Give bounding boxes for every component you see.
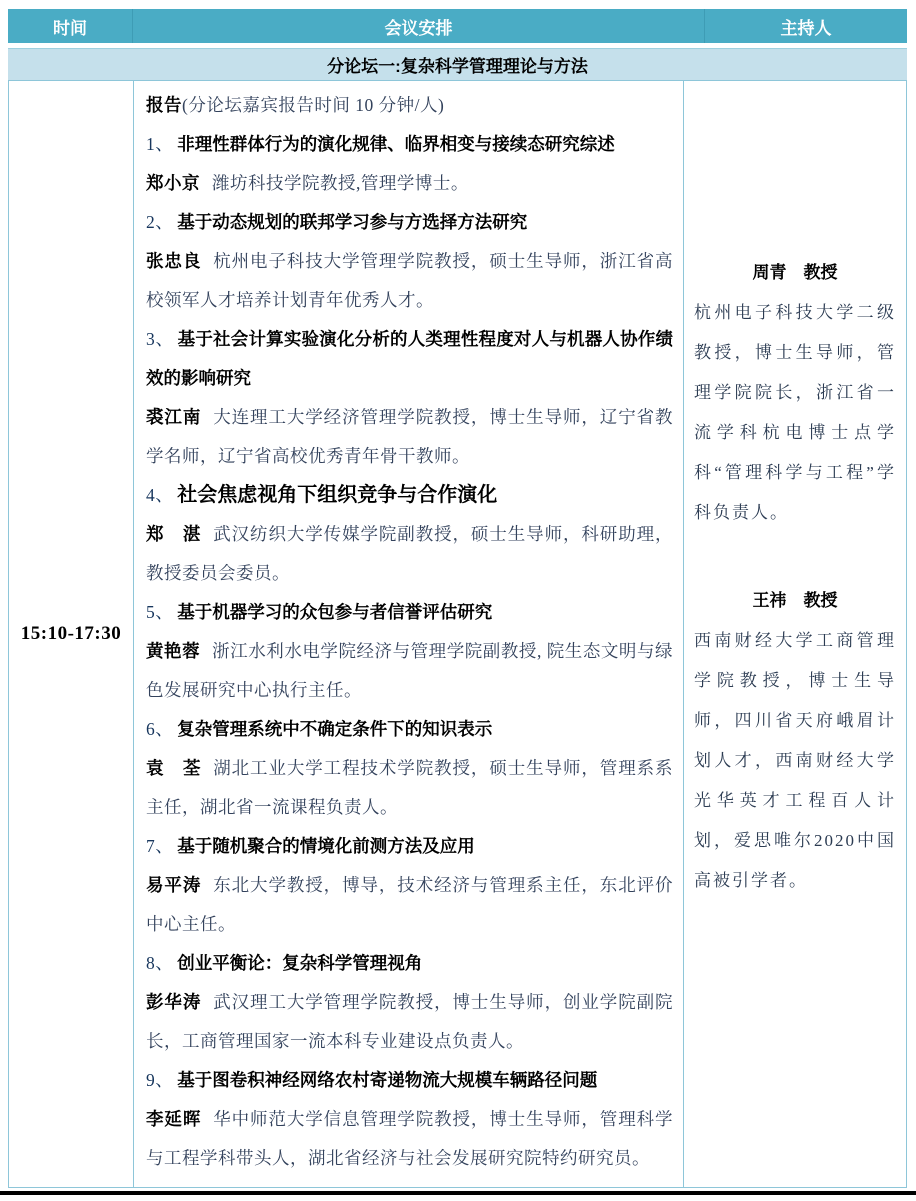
speaker-name: 裘江南 xyxy=(146,407,201,427)
report-title: 复杂管理系统中不确定条件下的知识表示 xyxy=(177,719,492,739)
report-number: 6、 xyxy=(146,719,173,739)
page-bottom-rule xyxy=(0,1191,916,1195)
report-number: 2、 xyxy=(146,212,173,232)
report-item-5: 5、基于机器学习的众包参与者信誉评估研究 黄艳蓉浙江水利水电学院经济与管理学院副… xyxy=(146,593,673,710)
report-number: 9、 xyxy=(146,1070,173,1090)
host-cell: 周青 教授 杭州电子科技大学二级教授，博士生导师，管理学院院长，浙江省一流学科杭… xyxy=(683,81,906,1187)
report-number: 1、 xyxy=(146,134,173,154)
speaker-name: 郑小京 xyxy=(146,173,200,193)
speaker-bio: 华中师范大学信息管理学院教授，博士生导师，管理科学与工程学科带头人，湖北省经济与… xyxy=(146,1109,673,1168)
time-slot: 15:10-17:30 xyxy=(21,623,121,645)
report-title: 非理性群体行为的演化规律、临界相变与接续态研究综述 xyxy=(177,134,615,154)
agenda-cell: 报告(分论坛嘉宾报告时间 10 分钟/人) 1、非理性群体行为的演化规律、临界相… xyxy=(134,81,683,1187)
report-title: 基于动态规划的联邦学习参与方选择方法研究 xyxy=(177,212,527,232)
report-number: 8、 xyxy=(146,953,173,973)
report-note-detail: (分论坛嘉宾报告时间 10 分钟/人) xyxy=(182,95,444,115)
report-title: 社会焦虑视角下组织竞争与合作演化 xyxy=(177,484,497,506)
report-note: 报告(分论坛嘉宾报告时间 10 分钟/人) xyxy=(146,86,673,125)
table-header-row: 时间 会议安排 主持人 xyxy=(8,9,907,43)
report-item-7: 7、基于随机聚合的情境化前测方法及应用 易平涛东北大学教授，博导，技术经济与管理… xyxy=(146,827,673,944)
speaker-bio: 杭州电子科技大学管理学院教授，硕士生导师，浙江省高校领军人才培养计划青年优秀人才… xyxy=(146,251,673,310)
session-title: 分论坛一:复杂科学管理理论与方法 xyxy=(327,52,588,77)
speaker-bio: 浙江水利水电学院经济与管理学院副教授, 院生态文明与绿色发展研究中心执行主任。 xyxy=(146,641,673,700)
conference-schedule-table: 时间 会议安排 主持人 分论坛一:复杂科学管理理论与方法 15:10-17:30… xyxy=(8,9,907,1188)
speaker-name: 易平涛 xyxy=(146,875,201,895)
host-block-1: 周青 教授 杭州电子科技大学二级教授，博士生导师，管理学院院长，浙江省一流学科杭… xyxy=(694,253,896,533)
speaker-bio: 湖北工业大学工程技术学院教授，硕士生导师，管理系系主任，湖北省一流课程负责人。 xyxy=(146,758,673,817)
report-item-8: 8、创业平衡论：复杂科学管理视角 彭华涛武汉理工大学管理学院教授，博士生导师，创… xyxy=(146,944,673,1061)
report-number: 7、 xyxy=(146,836,173,856)
report-item-1: 1、非理性群体行为的演化规律、临界相变与接续态研究综述 郑小京潍坊科技学院教授,… xyxy=(146,125,673,203)
speaker-name: 李延晖 xyxy=(146,1109,201,1129)
header-agenda: 会议安排 xyxy=(133,9,705,43)
speaker-name: 袁 荃 xyxy=(146,758,201,778)
report-item-3: 3、基于社会计算实验演化分析的人类理性程度对人与机器人协作绩效的影响研究 裘江南… xyxy=(146,320,673,476)
header-host: 主持人 xyxy=(705,9,907,43)
report-number: 4、 xyxy=(146,485,173,505)
report-title: 基于机器学习的众包参与者信誉评估研究 xyxy=(177,602,492,622)
speaker-bio: 东北大学教授，博导，技术经济与管理系主任，东北评价中心主任。 xyxy=(146,875,673,934)
host-name: 王祎 教授 xyxy=(694,581,896,621)
host-block-2: 王祎 教授 西南财经大学工商管理学院教授，博士生导师，四川省天府峨眉计划人才，西… xyxy=(694,581,896,901)
host-bio: 西南财经大学工商管理学院教授，博士生导师，四川省天府峨眉计划人才，西南财经大学光… xyxy=(694,621,896,901)
speaker-name: 彭华涛 xyxy=(146,992,201,1012)
time-cell: 15:10-17:30 xyxy=(9,81,134,1187)
report-title: 基于社会计算实验演化分析的人类理性程度对人与机器人协作绩效的影响研究 xyxy=(146,329,673,388)
host-name: 周青 教授 xyxy=(694,253,896,293)
speaker-bio: 武汉理工大学管理学院教授，博士生导师，创业学院副院长，工商管理国家一流本科专业建… xyxy=(146,992,673,1051)
report-item-4: 4、社会焦虑视角下组织竞争与合作演化 郑 湛武汉纺织大学传媒学院副教授，硕士生导… xyxy=(146,476,673,593)
report-number: 3、 xyxy=(146,329,174,349)
speaker-bio: 武汉纺织大学传媒学院副教授，硕士生导师，科研助理，教授委员会委员。 xyxy=(146,524,673,583)
speaker-name: 郑 湛 xyxy=(146,524,201,544)
session-body-row: 15:10-17:30 报告(分论坛嘉宾报告时间 10 分钟/人) 1、非理性群… xyxy=(8,81,907,1188)
speaker-bio: 潍坊科技学院教授,管理学博士。 xyxy=(212,173,469,193)
report-title: 创业平衡论：复杂科学管理视角 xyxy=(177,953,422,973)
report-title: 基于图卷积神经网络农村寄递物流大规模车辆路径问题 xyxy=(177,1070,597,1090)
report-item-2: 2、基于动态规划的联邦学习参与方选择方法研究 张忠良杭州电子科技大学管理学院教授… xyxy=(146,203,673,320)
speaker-name: 黄艳蓉 xyxy=(146,641,200,661)
speaker-bio: 大连理工大学经济管理学院教授，博士生导师，辽宁省教学名师，辽宁省高校优秀青年骨干… xyxy=(146,407,673,466)
header-time: 时间 xyxy=(8,9,133,43)
session-title-row: 分论坛一:复杂科学管理理论与方法 xyxy=(8,48,907,81)
host-bio: 杭州电子科技大学二级教授，博士生导师，管理学院院长，浙江省一流学科杭电博士点学科… xyxy=(694,293,896,533)
speaker-name: 张忠良 xyxy=(146,251,201,271)
report-title: 基于随机聚合的情境化前测方法及应用 xyxy=(177,836,475,856)
report-note-label: 报告 xyxy=(146,95,182,115)
report-item-9: 9、基于图卷积神经网络农村寄递物流大规模车辆路径问题 李延晖华中师范大学信息管理… xyxy=(146,1061,673,1178)
report-item-6: 6、复杂管理系统中不确定条件下的知识表示 袁 荃湖北工业大学工程技术学院教授，硕… xyxy=(146,710,673,827)
report-number: 5、 xyxy=(146,602,173,622)
